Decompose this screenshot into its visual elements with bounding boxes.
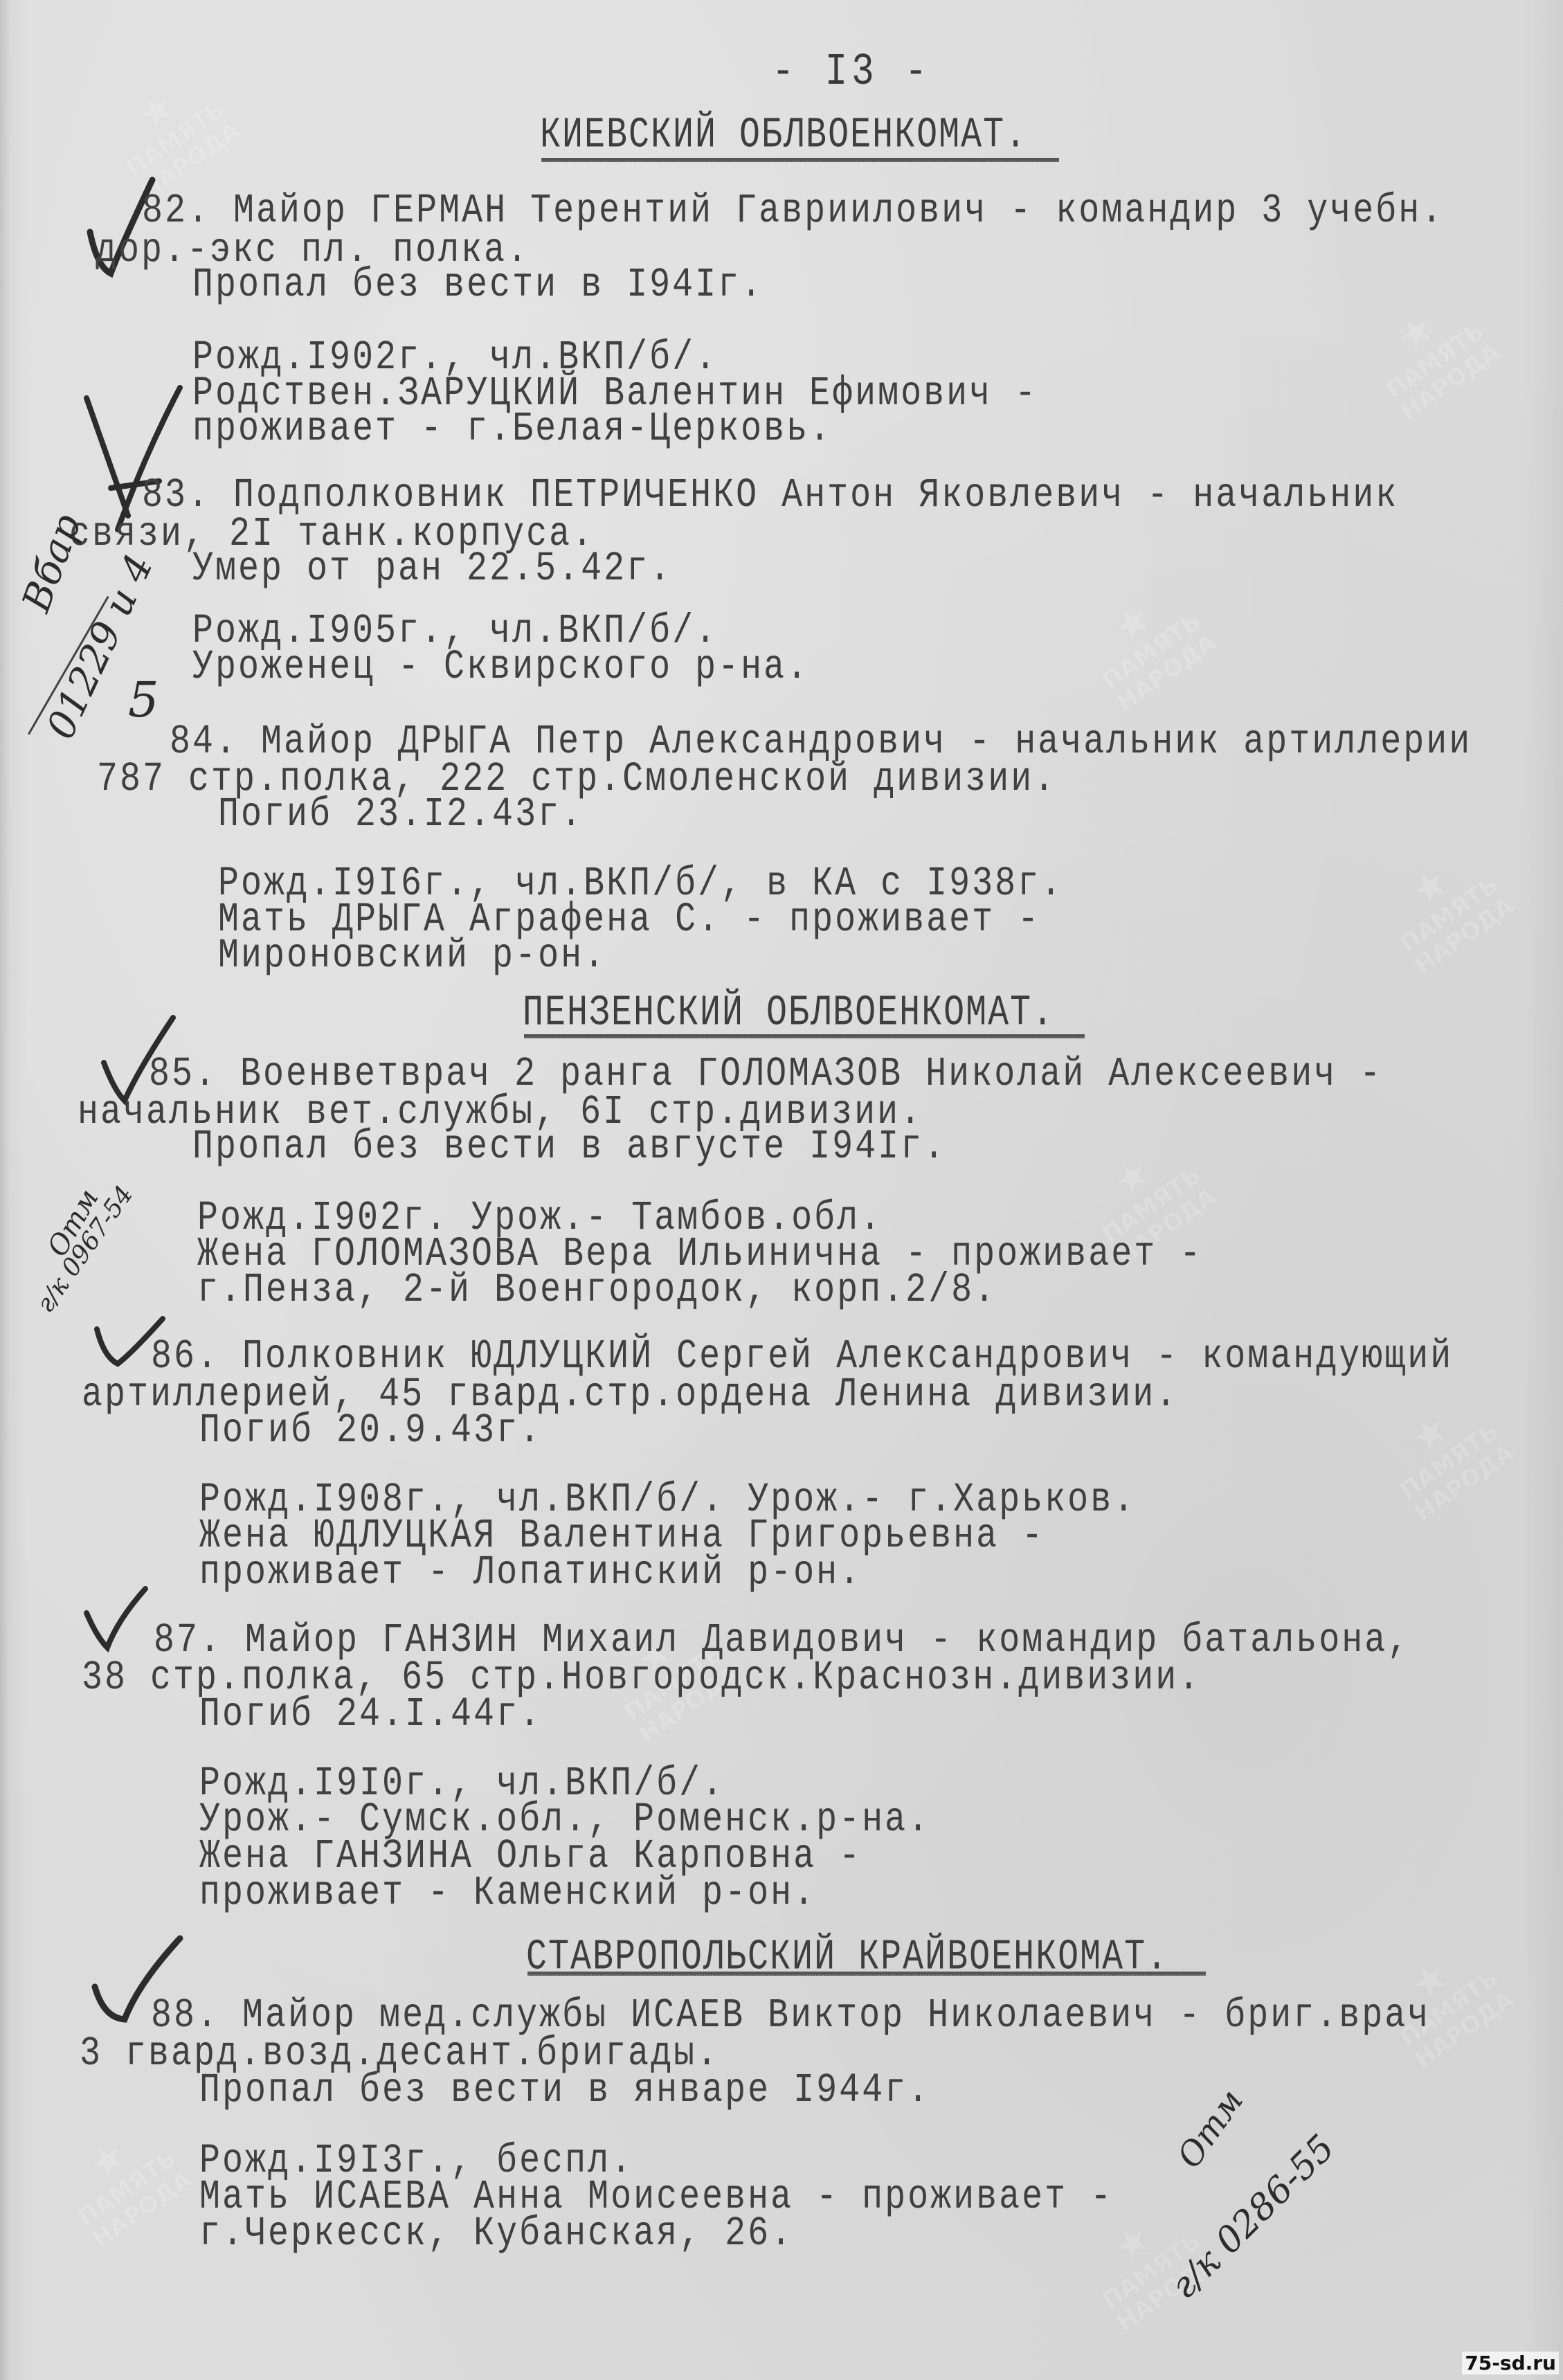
watermark-stamp: ★ПАМЯТЬНАРОДА [1355,826,1551,1016]
entry-line: г.Черкесск, Кубанская, 26. [199,2212,793,2257]
entry-line: Уроженец - Сквирского р-на. [192,645,809,691]
section-heading: ПЕНЗЕНСКИЙ ОБЛВОЕНКОМАТ. [523,989,1054,1038]
checkmark-icon [80,1585,156,1655]
entry-line: проживает - г.Белая-Церковь. [192,407,832,453]
entry-line: г.Пенза, 2-й Военгородок, корп.2/8. [197,1268,997,1314]
watermark-stamp: ★ПАМЯТЬНАРОДА [1341,272,1537,462]
margin-note: Вбар [14,508,91,617]
watermark-stamp: ★ПАМЯТЬНАРОДА [1355,1373,1551,1562]
section-heading: КИЕВСКИЙ ОБЛВОЕНКОМАТ. [540,111,1027,160]
heading-underline [524,1034,1085,1038]
entry-line: Пропал без вести в I94Iг. [192,263,764,309]
entry-line: Пропал без вести в августе I94Iг. [192,1125,946,1171]
entry-line: проживает - Каменский р-он. [199,1871,816,1917]
entry-line: Погиб 24.I.44г. [199,1693,542,1738]
entry-line: Пропал без вести в январе I944г. [199,2068,930,2114]
entry-line: Мироновский р-он. [218,934,606,980]
entry-line: Умер от ран 22.5.42г. [192,547,672,593]
entry-line: Погиб 20.9.43г. [199,1409,542,1454]
heading-underline [527,1972,1206,1976]
site-watermark: 75-sd.ru [1462,2352,1559,2374]
heading-underline [541,158,1059,162]
entry-line: проживает - Лопатинский р-он. [199,1551,862,1596]
entry-line: Погиб 23.I2.43г. [218,793,584,838]
margin-note: Отм [1170,2082,1251,2175]
margin-note: 5 [128,671,159,728]
document-page: ★ПАМЯТЬНАРОДА ★ПАМЯТЬНАРОДА ★ПАМЯТЬНАРОД… [0,0,1563,2380]
page-number: - I3 - [772,47,931,98]
